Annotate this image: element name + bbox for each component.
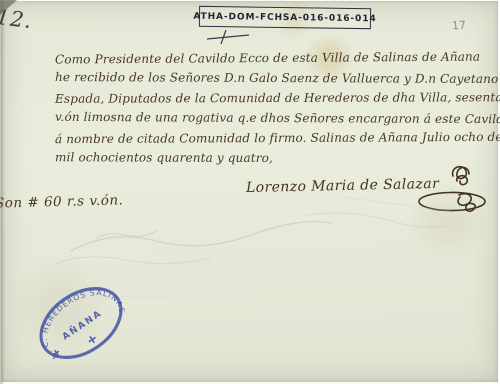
total-amount: Son # 60 r.s v.ón. [0, 192, 124, 211]
signature: Lorenzo Maria de Salazar [246, 176, 439, 196]
body-line-5: á nombre de citada Comunidad lo firmo. S… [55, 127, 491, 149]
body-line-1: Como Presidente del Cavildo Ecco de esta… [55, 46, 491, 69]
signature-rubric [415, 164, 489, 214]
reference-box: ATHA-DOM-FCHSA-016-016-014 [199, 6, 371, 29]
paper-edge-shadow [0, 0, 5, 384]
body-line-2: he recibido de los Señores D.n Galo Saen… [55, 67, 491, 89]
stamp-center-text: AÑANA [60, 308, 104, 343]
document-scan: 12. ATHA-DOM-FCHSA-016-016-014 17 Como P… [0, 0, 500, 384]
body-text: Como Presidente del Cavildo Ecco de esta… [55, 48, 491, 168]
archive-stamp: A. C. HEREDEROS SALINAS AÑANA [14, 259, 147, 384]
svg-text:A. C. HEREDEROS SALINAS: A. C. HEREDEROS SALINAS [26, 272, 130, 363]
cross-mark [205, 29, 255, 45]
body-line-3: Espada, Diputados de la Comunidad de Her… [55, 87, 491, 109]
reference-code: ATHA-DOM-FCHSA-016-016-014 [193, 11, 376, 24]
stamp-arc-text: A. C. HEREDEROS SALINAS [26, 272, 130, 363]
paper-sheet: 12. ATHA-DOM-FCHSA-016-016-014 17 Como P… [1, 1, 498, 382]
body-line-4: v.ón limosna de una rogativa q.e dhos Se… [55, 107, 491, 129]
page-number-right: 17 [452, 19, 467, 33]
